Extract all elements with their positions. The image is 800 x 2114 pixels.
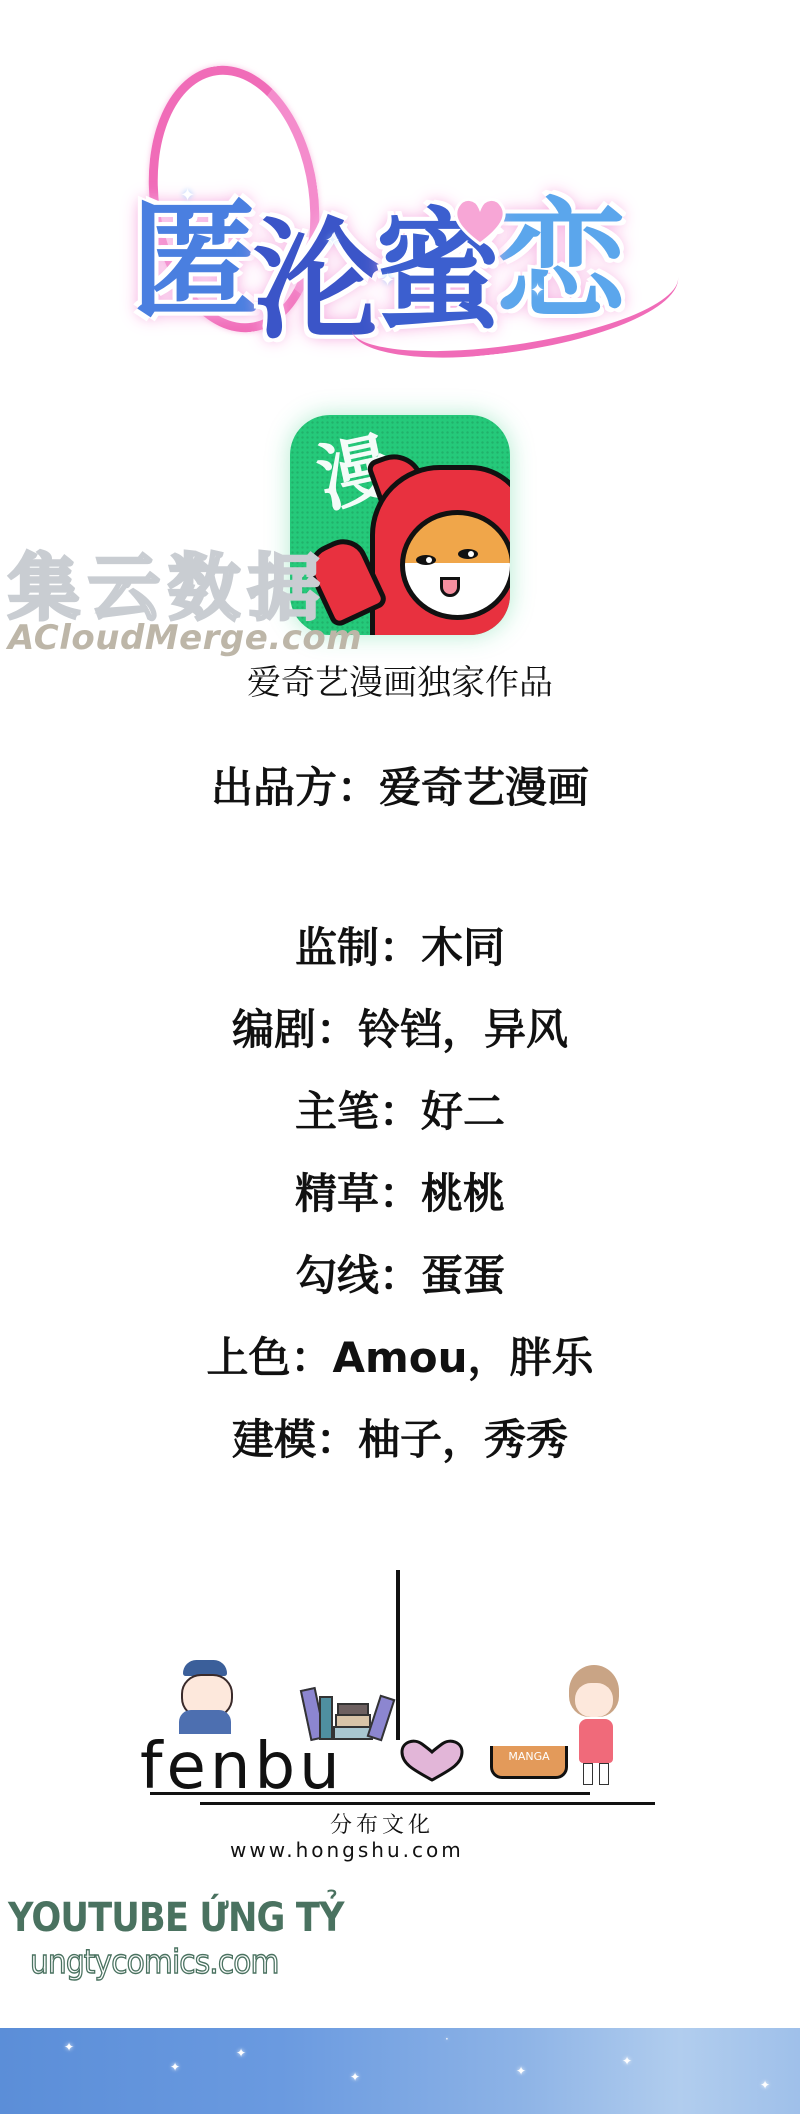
watermark-en: ACloudMerge.com xyxy=(8,618,362,658)
star-icon: ✦ xyxy=(350,2070,360,2084)
youtube-channel-label: YOUTUBE ỨNG TỶ xyxy=(8,1895,344,1941)
logo-pole xyxy=(396,1570,400,1740)
sparkle-icon: ✧ xyxy=(325,230,340,251)
credit-screenwriter: 编剧：铃铛，异风 xyxy=(0,997,800,1057)
credit-colorist: 上色：Amou，胖乐 xyxy=(0,1325,800,1385)
star-icon: · xyxy=(445,2032,449,2046)
sparkle-icon: ✦ xyxy=(380,270,395,291)
star-icon: ✦ xyxy=(236,2046,246,2060)
mascot-eye-icon xyxy=(416,555,436,565)
mascot-eye-icon xyxy=(458,549,478,559)
publisher-credit: 出品方：爱奇艺漫画 xyxy=(0,755,800,815)
heart-icon xyxy=(400,1738,464,1782)
credit-lead-artist: 主笔：好二 xyxy=(0,1079,800,1139)
star-icon: ✦ xyxy=(622,2054,632,2068)
star-icon: ✦ xyxy=(64,2040,74,2054)
mascot-mouth xyxy=(440,577,460,597)
credit-supervisor: 监制：木同 xyxy=(0,915,800,975)
credit-modeling: 建模：柚子，秀秀 xyxy=(0,1407,800,1467)
studio-cn-name: 分布文化 xyxy=(330,1808,434,1839)
studio-url: www.hongshu.com xyxy=(230,1838,464,1862)
next-panel-sky-background: ✦ ✦ ✦ ✦ · ✦ ✦ ✦ xyxy=(0,2028,800,2114)
chibi-girl-illustration xyxy=(565,1665,625,1785)
shiba-mascot-face xyxy=(400,510,510,620)
credit-draft: 精草：桃桃 xyxy=(0,1161,800,1221)
manga-badge: MANGA xyxy=(490,1746,568,1779)
sparkle-icon: ✦ xyxy=(180,185,195,206)
logo-underline xyxy=(150,1792,590,1795)
heart-icon xyxy=(450,190,510,250)
chibi-boy-illustration xyxy=(175,1660,235,1735)
exclusive-work-label: 爱奇艺漫画独家作品 xyxy=(0,655,800,704)
studio-logo: fenbu MANGA 分布文化 www.hongshu.com xyxy=(140,1570,680,1840)
star-icon: ✦ xyxy=(170,2060,180,2074)
star-icon: ✦ xyxy=(516,2064,526,2078)
credit-lineart: 勾线：蛋蛋 xyxy=(0,1243,800,1303)
logo-underline xyxy=(200,1802,655,1805)
star-icon: ✦ xyxy=(760,2078,770,2092)
comic-title-logo: 匿 沦 蜜 恋 ✦ ✦ ✦ ✧ xyxy=(110,55,710,365)
site-watermark: ungtycomics.com xyxy=(30,1942,279,1981)
sparkle-icon: ✦ xyxy=(530,280,545,301)
